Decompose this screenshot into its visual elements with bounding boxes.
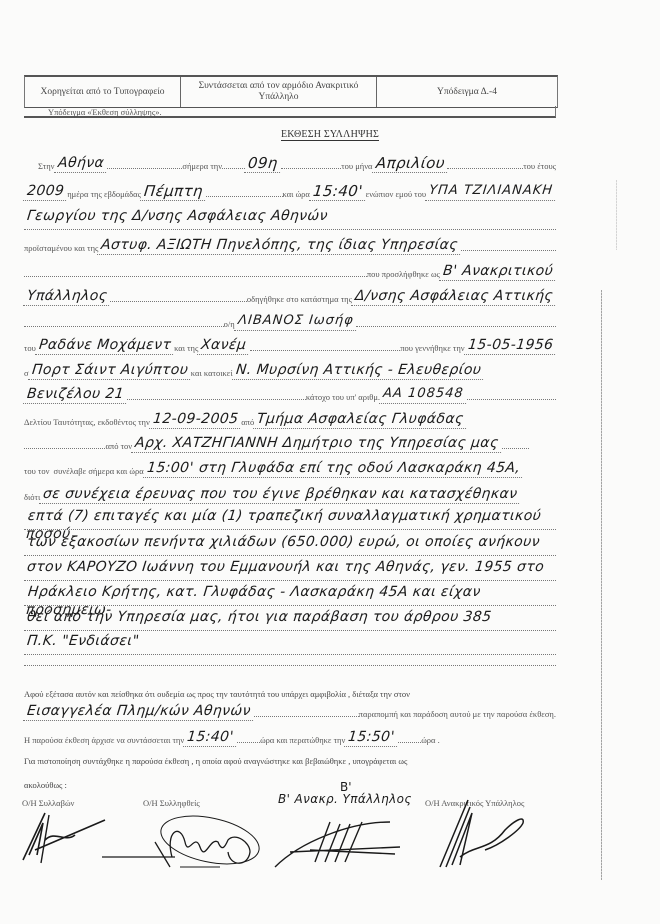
line-narrative-5: Ηράκλειο Κρήτης, κατ. Γλυφάδας - Λασκαρά…	[24, 583, 556, 606]
field-residence: Ν. Μυρσίνη Αττικής - Ελευθερίου	[232, 361, 485, 380]
line-narrative-3: των εξακοσίων πενήντα χιλιάδων (650.000)…	[24, 533, 556, 556]
line-place-date: Στην Αθήνα σήμερα την 09η του μήνα Απριλ…	[24, 150, 556, 174]
field-id-number: ΑΑ 108548	[379, 385, 468, 404]
line-parents-dob: του Ραδάνε Μοχάμεντ και της Χανέμ που γε…	[24, 332, 556, 356]
field-issue-date: 12-09-2005	[149, 410, 242, 429]
line-id-issue: Δελτίου Ταυτότητας, εκδοθέντος την 12-09…	[24, 406, 556, 430]
line-officer-service: Γεωργίου της Δ/νσης Ασφάλειας Αθηνών	[24, 207, 556, 230]
field-mother: Χανέμ	[197, 336, 250, 355]
header-composed-by: Συντάσσεται από τον αρμόδιο Ανακριτικό Υ…	[181, 77, 377, 107]
line-report-times: Η παρούσα έκθεση άρχισε να συντάσσεται τ…	[24, 724, 556, 748]
field-father: Ραδάνε Μοχάμεντ	[35, 336, 175, 355]
line-narrative-4: στον ΚΑΡΟΥΖΟ Ιωάννη του Εμμανουήλ και τη…	[24, 558, 556, 581]
line-narrative-6: θεί από την Υπηρεσία μας, ήτοι για παράβ…	[24, 608, 556, 631]
field-end-time: 15:50'	[344, 728, 399, 747]
signature-investigator	[430, 795, 540, 870]
signature-label-arrestee: Ο/Η Συλληφθείς	[143, 798, 200, 808]
signature-second-officer	[270, 812, 410, 872]
header-supplier: Χορηγείται από το Τυπογραφείο	[25, 77, 181, 107]
line-brought-to: Υπάλληλος οδηγήθηκε στο κατάστημα της Δ/…	[24, 283, 556, 307]
field-authority: Εισαγγελέα Πλημ/κών Αθηνών	[23, 702, 255, 721]
field-place: Αθήνα	[54, 154, 108, 173]
header-form-code: Υπόδειγμα Δ.-4	[377, 77, 557, 107]
field-weekday: Πέμπτη	[140, 182, 207, 201]
form-header-box: Χορηγείται από το Τυπογραφείο Συντάσσετα…	[24, 75, 556, 119]
field-start-time: 15:40'	[183, 728, 238, 747]
header-model-name: Υπόδειγμα «Έκθεση σύλληψης».	[24, 106, 556, 118]
certification-paragraph-3: Για πιστοποίηση συντάχθηκε η παρούσα έκθ…	[24, 755, 564, 768]
signature-note: Β'	[340, 780, 352, 794]
line-address-id: Βενιζέλου 21 κάτοχο του υπ' αριθμ. ΑΑ 10…	[24, 381, 556, 405]
line-arrestee-name: ο/η ΛΙΒΑΝΟΣ Ιωσήφ	[24, 308, 556, 332]
signature-arrestee	[100, 812, 270, 872]
line-second-officer: προϊσταμένου και της Αστυφ. ΑΞΙΩΤΗ Πηνελ…	[24, 232, 556, 256]
arrest-report-page: Χορηγείται από το Τυπογραφείο Συντάσσετα…	[0, 0, 660, 924]
line-narrative-1: διότι σε συνέχεια έρευνας που του έγινε …	[24, 481, 556, 505]
line-weekday-time: 2009 ημέρα της εβδομάδας Πέμπτη και ώρα …	[24, 178, 556, 202]
field-issuer: Τμήμα Ασφαλείας Γλυφάδας	[253, 410, 468, 429]
document-title: ΕΚΘΕΣΗ ΣΥΛΛΗΨΗΣ	[0, 129, 660, 140]
line-narrative-7: Π.Κ. "Ενδιάσει"	[24, 632, 556, 655]
field-dob: 15-05-1956	[464, 336, 557, 355]
line-narrative-2: επτά (7) επιταγές και μία (1) τραπεζική …	[24, 507, 556, 530]
field-officer: ΥΠΑ ΤΖΙΛΙΑΝΑΚΗ	[425, 182, 557, 201]
line-role: που προσλήφθηκε ως Β' Ανακριτικού	[24, 258, 556, 282]
line-arrest-time-place: του τον συνέλαβε σήμερα και ώρα 15:00' σ…	[24, 455, 556, 479]
field-arrest-time: 15:00'	[143, 459, 198, 478]
field-arrestee-name: ΛΙΒΑΝΟΣ Ιωσήφ	[234, 312, 358, 331]
field-day: 09η	[244, 154, 282, 173]
field-time: 15:40'	[309, 182, 367, 201]
scan-edge-line-top	[616, 180, 617, 250]
field-address: Βενιζέλου 21	[23, 385, 128, 404]
line-arresting-officer: από τον Αρχ. ΧΑΤΖΗΓΙΑΝΝΗ Δημήτριο της Υπ…	[24, 430, 556, 454]
line-birthplace-residence: σ Πορτ Σάιντ Αιγύπτου και κατοικεί Ν. Μυ…	[24, 357, 556, 381]
field-month: Απριλίου	[372, 154, 449, 173]
field-birthplace: Πορτ Σάιντ Αιγύπτου	[28, 361, 192, 380]
blank-line	[24, 665, 556, 666]
scan-edge-line	[601, 290, 602, 880]
line-authority: Εισαγγελέα Πλημ/κών Αθηνών παραπομπή και…	[24, 698, 556, 722]
field-year: 2009	[23, 182, 68, 201]
